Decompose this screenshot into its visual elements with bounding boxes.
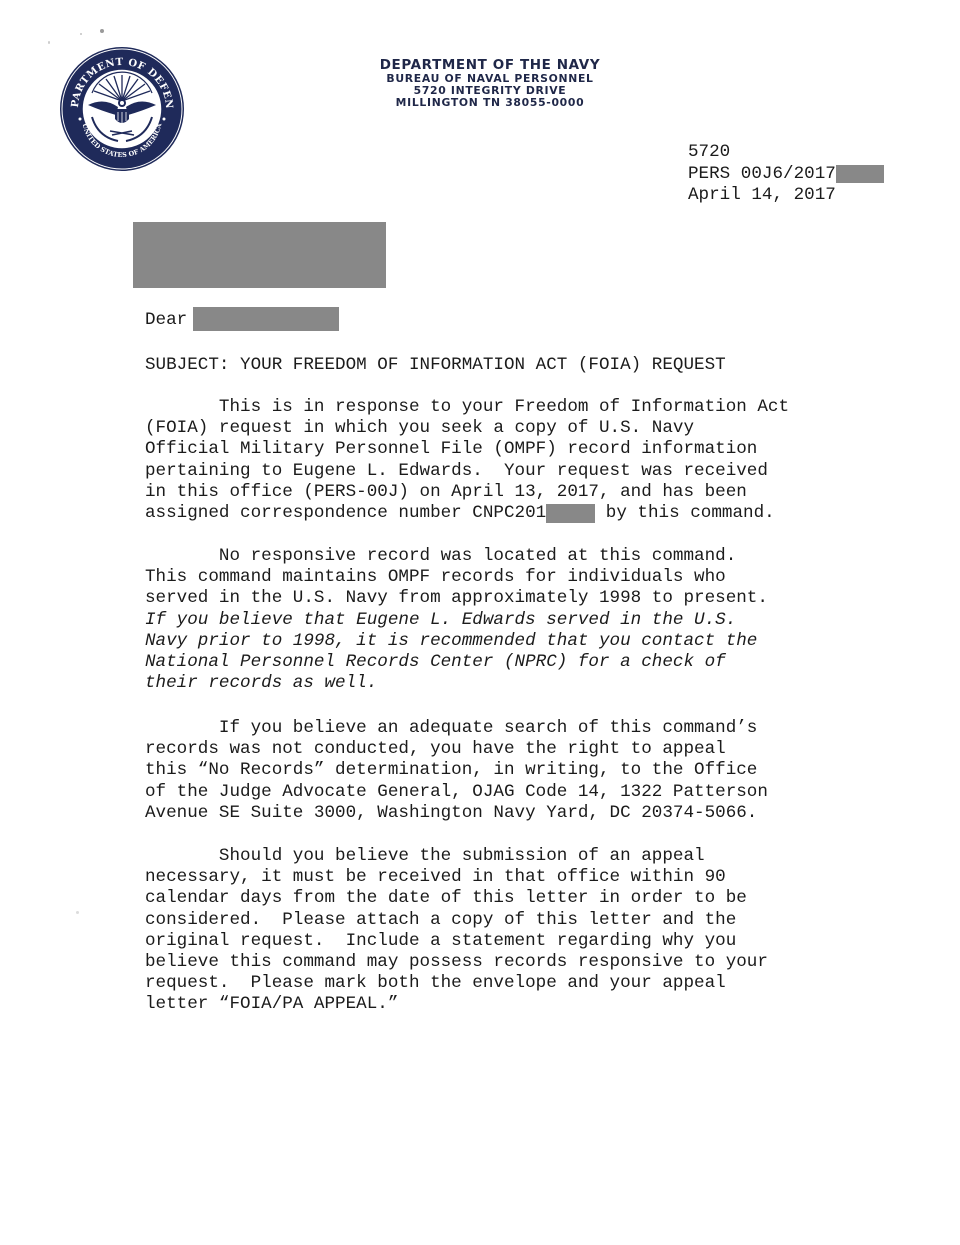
text-line: Avenue SE Suite 3000, Washington Navy Ya… <box>145 803 835 824</box>
text-line: believe this command may possess records… <box>145 952 835 973</box>
text-line: in this office (PERS-00J) on April 13, 2… <box>145 482 835 503</box>
text-line-italic: If you believe that Eugene L. Edwards se… <box>145 610 835 631</box>
text-line: This command maintains OMPF records for … <box>145 567 835 588</box>
text-line: necessary, it must be received in that o… <box>145 867 835 888</box>
scan-speck <box>48 41 50 44</box>
text-line: records was not conducted, you have the … <box>145 739 835 760</box>
text-line: (FOIA) request in which you seek a copy … <box>145 418 835 439</box>
letterhead: DEPARTMENT OF THE NAVY BUREAU OF NAVAL P… <box>340 58 640 109</box>
ssic-code: 5720 <box>688 142 884 164</box>
scan-speck <box>76 911 79 914</box>
paragraph-3: If you believe an adequate search of thi… <box>145 718 835 824</box>
text-line: This is in response to your Freedom of I… <box>145 397 835 418</box>
redaction-correspondence-number <box>546 504 595 523</box>
serial-number: PERS 00J6/2017 <box>688 164 884 186</box>
agency-name: DEPARTMENT OF THE NAVY <box>340 58 640 73</box>
redaction-recipient-address <box>133 222 386 288</box>
paragraph-1: This is in response to your Freedom of I… <box>145 397 835 524</box>
serial-prefix: PERS 00J6/2017 <box>688 164 836 184</box>
text-line: Official Military Personnel File (OMPF) … <box>145 439 835 460</box>
text-line: letter “FOIA/PA APPEAL.” <box>145 994 835 1015</box>
text-line: request. Please mark both the envelope a… <box>145 973 835 994</box>
scan-speck <box>80 33 82 35</box>
text-line-italic: Navy prior to 1998, it is recommended th… <box>145 631 835 652</box>
subject-line: SUBJECT: YOUR FREEDOM OF INFORMATION ACT… <box>145 354 726 376</box>
text-line: Should you believe the submission of an … <box>145 846 835 867</box>
department-of-defense-seal-icon: DEPARTMENT OF DEFENSE UNITED STATES OF A… <box>58 45 186 173</box>
letter-page: DEPARTMENT OF DEFENSE UNITED STATES OF A… <box>0 0 960 1245</box>
reference-block: 5720 PERS 00J6/2017 April 14, 2017 <box>688 142 884 207</box>
text-line: this “No Records” determination, in writ… <box>145 760 835 781</box>
text-line: of the Judge Advocate General, OJAG Code… <box>145 782 835 803</box>
correspondence-prefix: assigned correspondence number CNPC201 <box>145 503 546 523</box>
scan-speck <box>100 29 104 33</box>
correspondence-suffix: by this command. <box>595 503 775 523</box>
text-line: calendar days from the date of this lett… <box>145 888 835 909</box>
salutation: Dear <box>145 309 339 331</box>
redaction-recipient-name <box>193 307 339 331</box>
paragraph-2: No responsive record was located at this… <box>145 546 835 694</box>
text-line-italic: National Personnel Records Center (NPRC)… <box>145 652 835 673</box>
text-line: No responsive record was located at this… <box>145 546 835 567</box>
text-line: served in the U.S. Navy from approximate… <box>145 588 835 609</box>
redaction-serial <box>836 165 884 183</box>
text-line: assigned correspondence number CNPC201 b… <box>145 503 835 524</box>
text-line: original request. Include a statement re… <box>145 931 835 952</box>
text-line: pertaining to Eugene L. Edwards. Your re… <box>145 461 835 482</box>
text-line: If you believe an adequate search of thi… <box>145 718 835 739</box>
text-line: considered. Please attach a copy of this… <box>145 910 835 931</box>
text-line-italic: their records as well. <box>145 673 835 694</box>
letter-date: April 14, 2017 <box>688 185 884 207</box>
paragraph-4: Should you believe the submission of an … <box>145 846 835 1016</box>
salutation-greeting: Dear <box>145 310 187 330</box>
city-address: MILLINGTON TN 38055-0000 <box>340 97 640 109</box>
